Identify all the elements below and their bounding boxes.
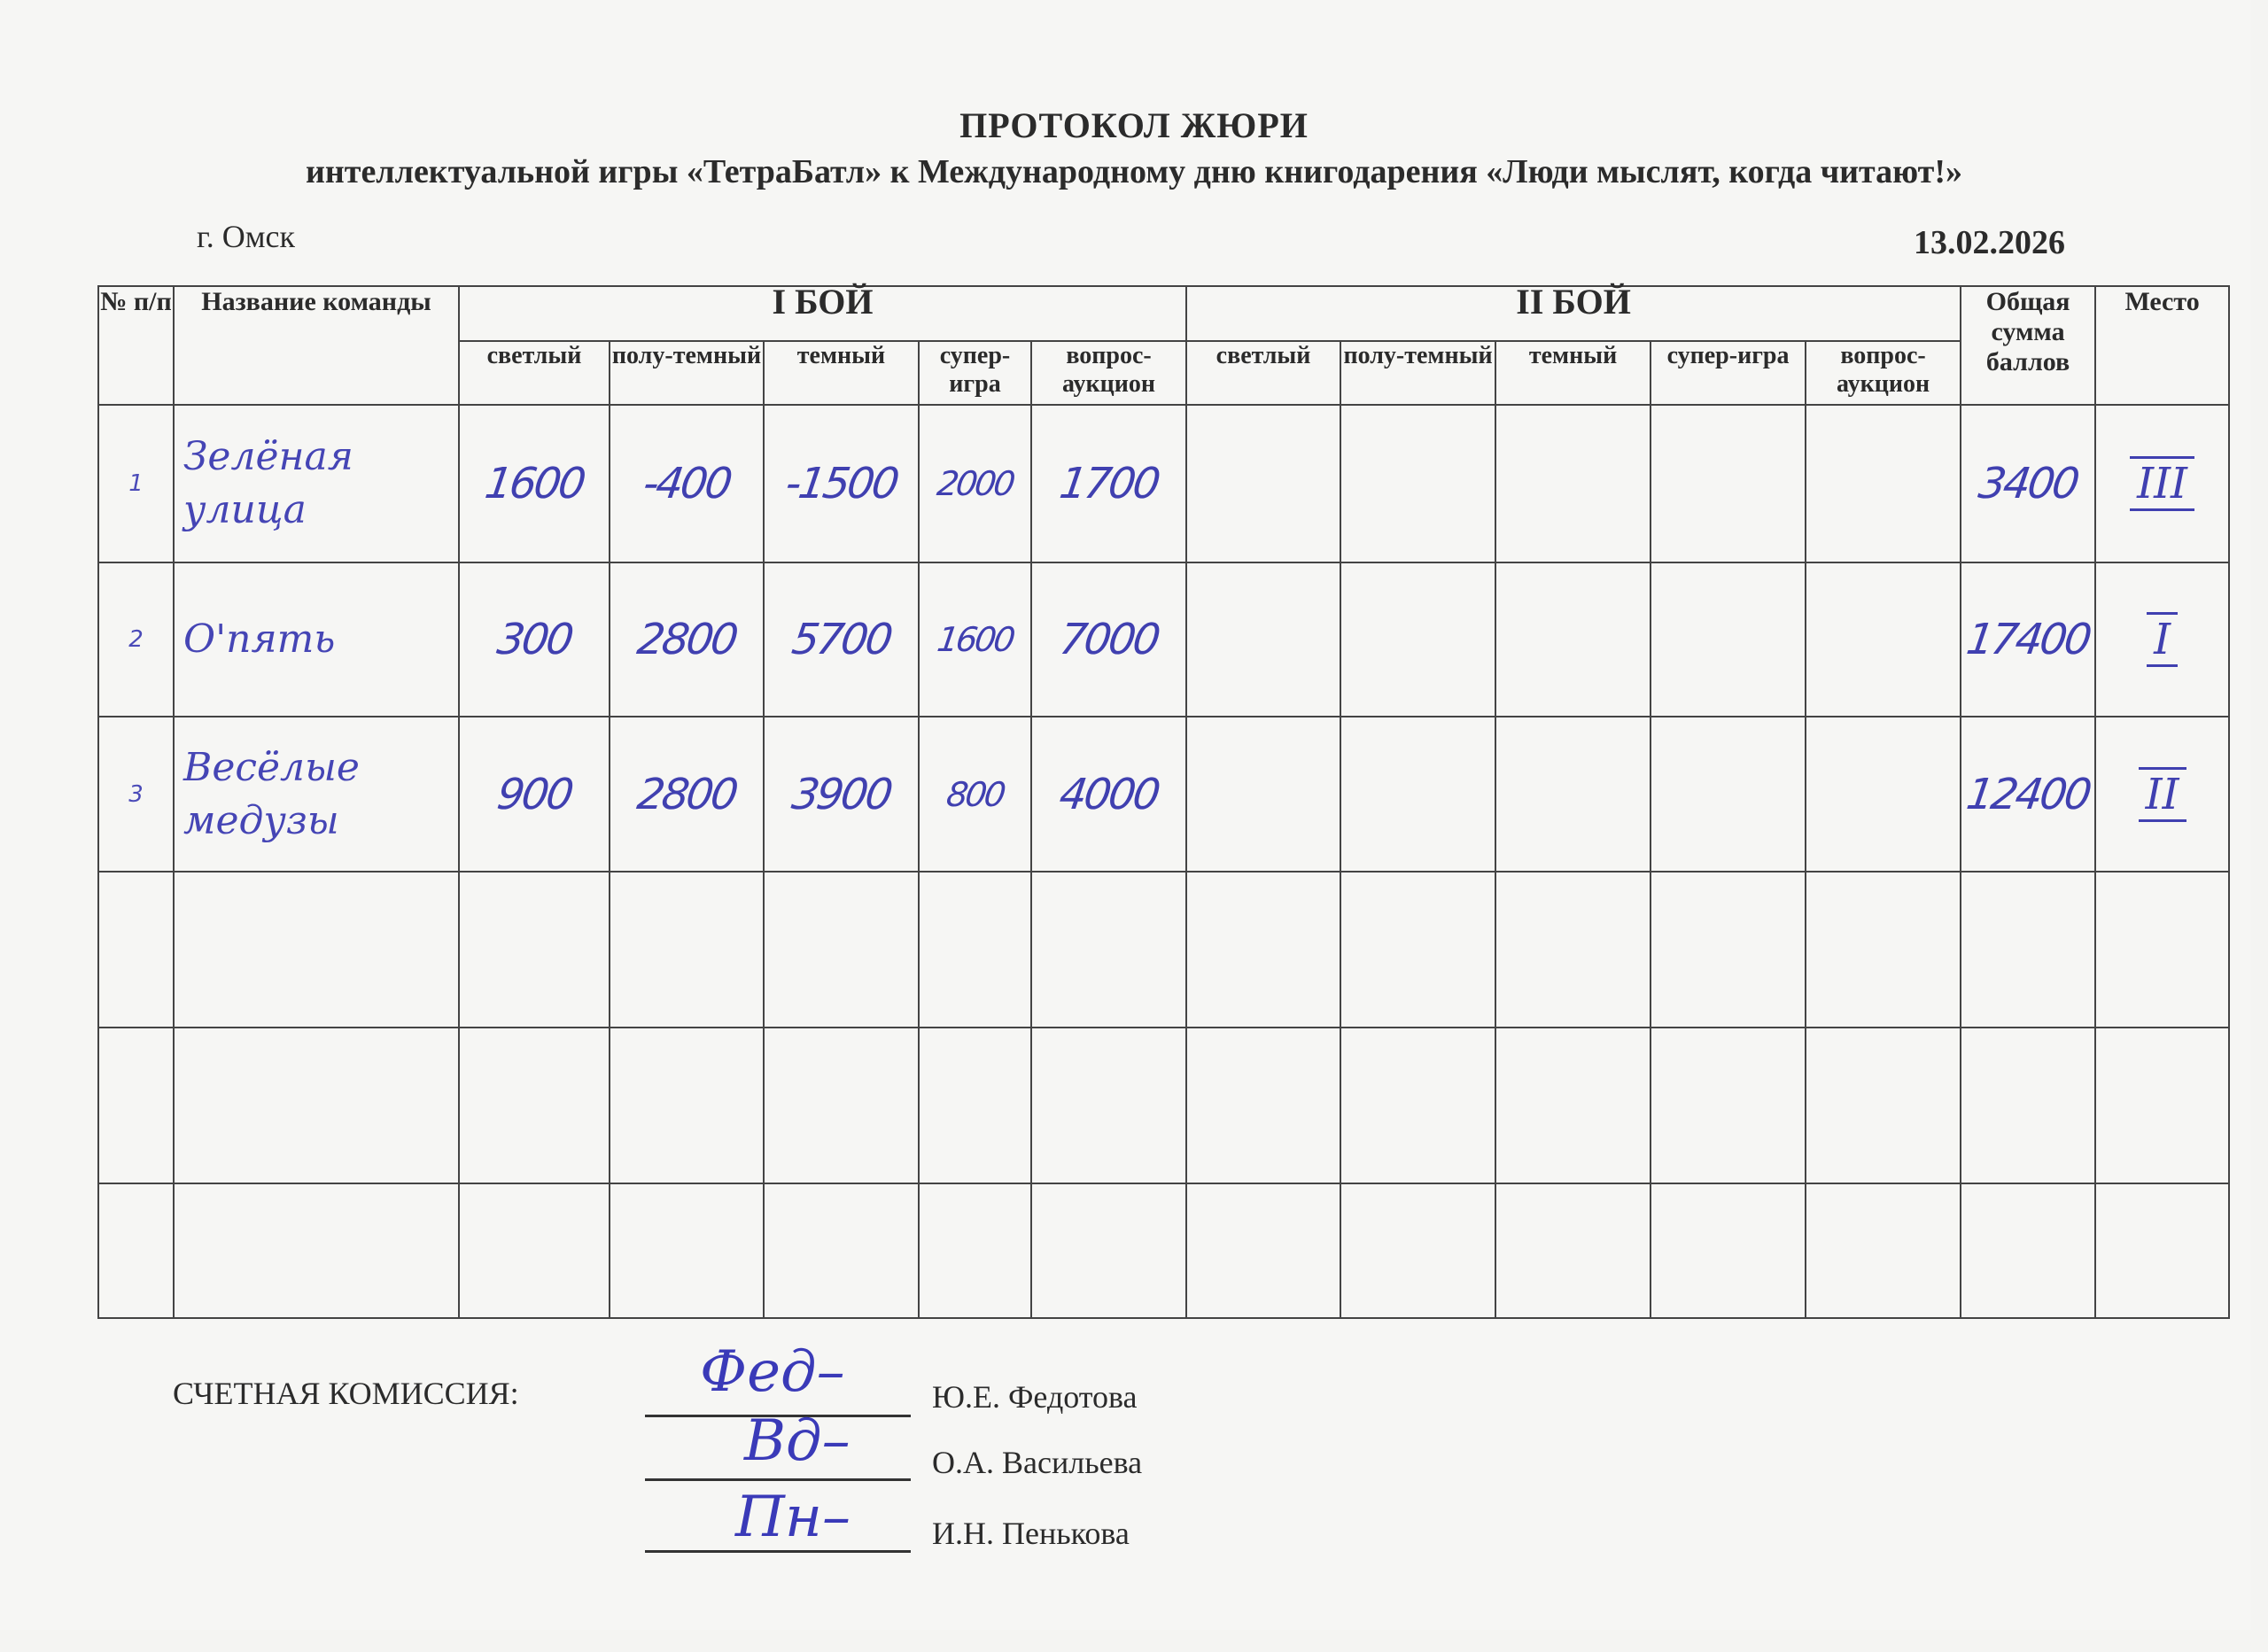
total-score [1951,1183,2104,1318]
round2-score [1795,717,1972,872]
round1-score: 4000 [1021,717,1198,872]
round2-score [1641,1183,1814,1318]
table-row: 2О'пять300280057001600700017400I [98,562,2229,717]
header-round-1: I БОЙ [459,286,1186,341]
round1-score: 300 [448,562,620,717]
commission-label: СЧЕТНАЯ КОМИССИЯ: [173,1375,519,1412]
round1-score: -400 [598,405,774,562]
round2-score [1176,872,1352,1028]
table-row [98,872,2229,1028]
team-name: Зелёная улица [174,405,459,562]
place [2095,872,2229,1028]
table-row: 3Весёлые медузы90028003900800400012400II [98,717,2229,872]
jury-protocol-table: № п/п Название команды I БОЙ II БОЙ Обща… [97,285,2230,1319]
team-name [174,872,459,1028]
subheader-round2-0: светлый [1186,341,1340,405]
round2-score [1485,872,1662,1028]
round1-score [753,1028,930,1183]
row-number [98,1028,174,1183]
round1-score: 3900 [753,717,930,872]
round1-score: 1600 [447,405,620,562]
subheader-round1-2: темный [764,341,919,405]
round1-score: 1600 [908,562,1042,717]
team-name [174,1183,459,1318]
total-score: 17400 [1950,562,2106,717]
round1-score: 7000 [1021,562,1197,717]
commission-member-1: Ю.Е. Федотова [932,1378,1138,1415]
round1-score: 5700 [753,562,929,717]
row-number: 2 [98,562,174,717]
header-number: № п/п [98,286,174,405]
signature-1: Фед– [700,1339,845,1405]
round2-score [1485,717,1662,872]
round2-score [1330,717,1507,872]
round1-score [1021,1028,1198,1183]
commission-member-3: И.Н. Пенькова [932,1515,1130,1552]
subheader-round1-4: вопрос-аукцион [1031,341,1186,405]
round2-score [1485,562,1661,717]
header-round-2: II БОЙ [1186,286,1961,341]
commission-member-2: О.А. Васильева [932,1444,1142,1481]
place [2095,1028,2229,1183]
round2-score [1176,717,1352,872]
round1-score: 2800 [599,717,775,872]
signature-3: Пн– [735,1485,850,1550]
round2-score [1330,1028,1507,1183]
row-number [98,872,174,1028]
table-row: 1Зелёная улица1600-400-1500200017003400I… [98,405,2229,562]
total-score [1950,872,2107,1028]
round2-score [1640,562,1816,717]
round2-score [1331,1183,1504,1318]
table-row [98,1028,2229,1183]
subheader-round2-1: полу-темный [1340,341,1495,405]
row-number: 3 [98,717,174,872]
round1-score [1021,872,1198,1028]
document-subtitle: интеллектуальной игры «ТетраБатл» к Межд… [0,152,2268,191]
round2-score [1640,1028,1817,1183]
subheader-round2-3: супер-игра [1651,341,1806,405]
round1-score [908,872,1043,1028]
total-score: 3400 [1950,405,2107,562]
place-value: III [2130,456,2194,511]
table-row [98,1183,2229,1318]
signature-2: Вд– [744,1408,850,1474]
round1-score [599,872,775,1028]
place: III [2095,405,2229,562]
document-title: ПРОТОКОЛ ЖЮРИ [0,105,2268,146]
signature-line-2 [645,1478,911,1481]
round2-score [1795,1028,1972,1183]
signature-line-3 [645,1550,911,1553]
round2-score [1330,872,1507,1028]
header-team-name: Название команды [174,286,459,405]
round1-score [448,1028,621,1183]
round1-score [599,1028,775,1183]
round2-score [1176,562,1351,717]
place-value: I [2147,612,2178,667]
team-name: Весёлые медузы [174,717,459,872]
team-name: О'пять [174,562,459,717]
round1-score: 800 [908,717,1043,872]
header-place: Место [2095,286,2229,405]
round1-score: 2800 [599,562,774,717]
row-number [98,1183,174,1318]
round1-score [754,1183,928,1318]
round2-score [1176,1028,1352,1183]
round1-score [600,1183,773,1318]
round1-score: 1700 [1020,405,1197,562]
round2-score [1485,405,1662,562]
round2-score [1330,405,1507,562]
round2-score [1640,872,1817,1028]
round1-score: 2000 [907,405,1042,562]
round2-score [1640,717,1817,872]
round1-score: 900 [448,717,621,872]
round2-score [1177,1183,1349,1318]
round2-score [1486,1183,1659,1318]
city-label: г. Омск [197,218,295,255]
place [2095,1183,2229,1318]
round2-score [1485,1028,1662,1183]
round2-score [1795,562,1972,717]
date-label: 13.02.2026 [1914,223,2065,262]
round2-score [1795,872,1972,1028]
round1-score [908,1028,1043,1183]
place: II [2095,717,2229,872]
row-number: 1 [98,405,174,562]
round1-score [448,872,621,1028]
subheader-round2-4: вопрос-аукцион [1806,341,1961,405]
subheader-round1-0: светлый [459,341,610,405]
team-name [174,1028,459,1183]
round2-score [1796,1183,1969,1318]
place: I [2095,562,2229,717]
subheader-round1-3: супер-игра [919,341,1031,405]
subheader-round2-2: темный [1495,341,1651,405]
header-total: Общая сумма баллов [1961,286,2095,405]
place-value: II [2139,767,2186,822]
round1-score [909,1183,1040,1318]
subheader-round1-1: полу-темный [610,341,764,405]
total-score [1950,1028,2107,1183]
round2-score [1330,562,1506,717]
round2-score [1640,405,1817,562]
round1-score [449,1183,618,1318]
round1-score [1021,1183,1195,1318]
round2-score [1795,405,1972,562]
round1-score: -1500 [752,405,929,562]
round2-score [1176,405,1352,562]
round1-score [753,872,930,1028]
total-score: 12400 [1950,717,2107,872]
